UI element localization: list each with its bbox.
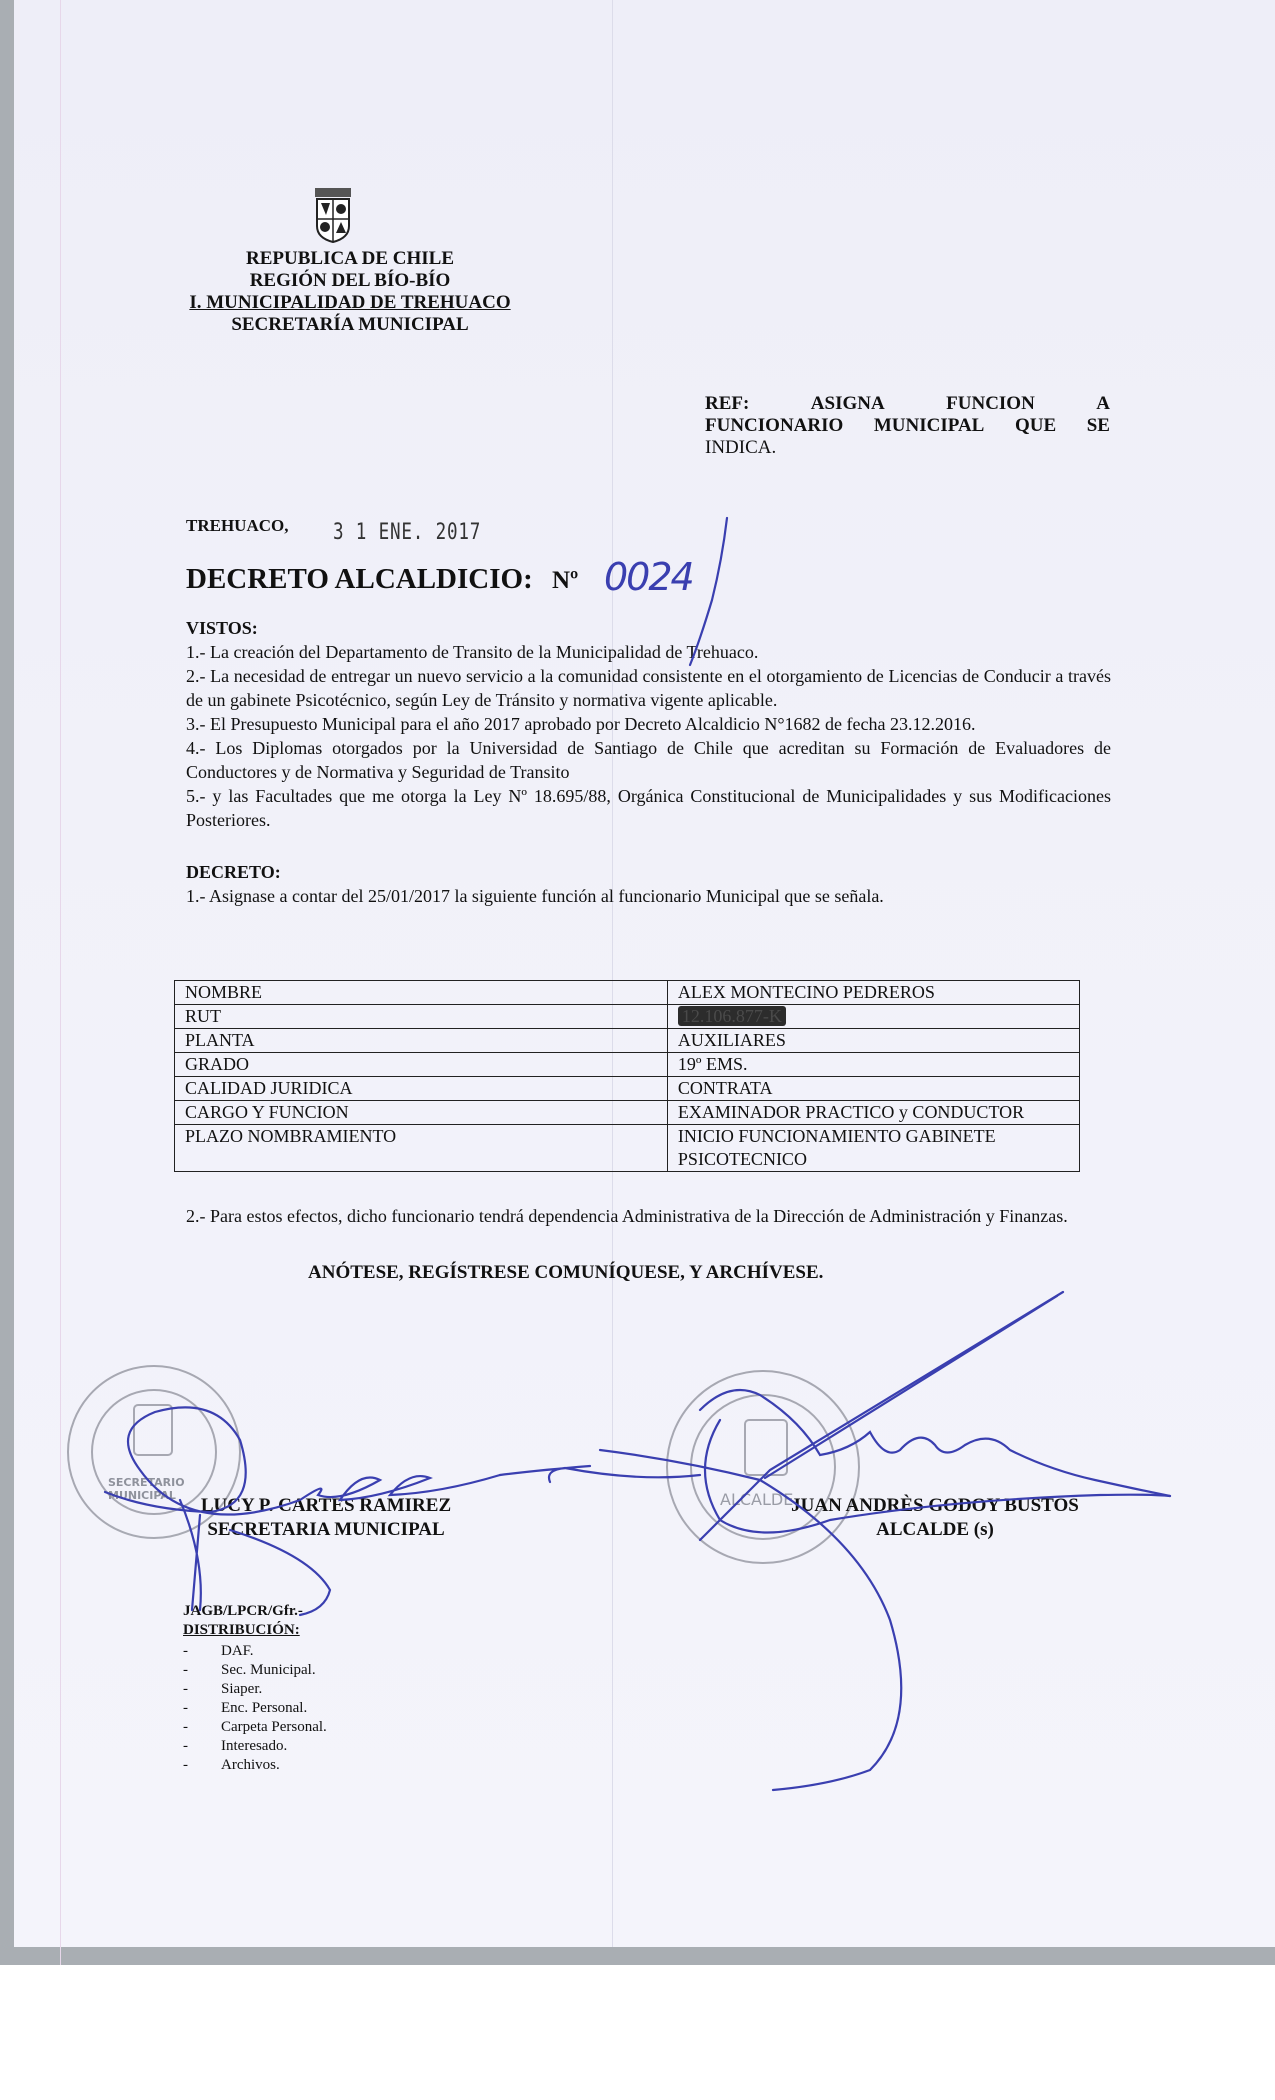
decree-title-text: DECRETO ALCALDICIO: bbox=[186, 563, 533, 595]
list-item-label: Archivos. bbox=[221, 1756, 280, 1775]
list-item-label: Sec. Municipal. bbox=[221, 1661, 316, 1680]
table-row: RUT12.106.877-K bbox=[175, 1005, 1080, 1029]
redacted-rut: 12.106.877-K bbox=[678, 1006, 786, 1026]
scan-edge-line bbox=[60, 0, 61, 1965]
table-key: PLAZO NOMBRAMIENTO bbox=[175, 1125, 668, 1172]
vistos-section: VISTOS: 1.- La creación del Departamento… bbox=[186, 616, 1111, 832]
bullet: - bbox=[183, 1642, 221, 1661]
ref-word: MUNICIPAL bbox=[874, 415, 984, 437]
decree-title: DECRETO ALCALDICIO: Nº bbox=[186, 563, 578, 596]
table-value: AUXILIARES bbox=[667, 1029, 1079, 1053]
distribution-title: DISTRIBUCIÓN: bbox=[183, 1621, 327, 1640]
signer-name: JUAN ANDRÈS GODOY BUSTOS bbox=[775, 1494, 1095, 1518]
vistos-heading: VISTOS: bbox=[186, 616, 1111, 640]
date-stamp: 3 1 ENE. 2017 bbox=[333, 520, 481, 545]
table-key: RUT bbox=[175, 1005, 668, 1029]
vistos-item: 3.- El Presupuesto Municipal para el año… bbox=[186, 712, 1111, 736]
decreto-heading: DECRETO: bbox=[186, 860, 1111, 884]
decreto-section: DECRETO: 1.- Asignase a contar del 25/01… bbox=[186, 860, 1111, 908]
table-value: INICIO FUNCIONAMIENTO GABINETE PSICOTECN… bbox=[667, 1125, 1079, 1172]
signer-name: LUCY P. CARTES RAMIREZ bbox=[186, 1494, 466, 1518]
table-row: PLANTAAUXILIARES bbox=[175, 1029, 1080, 1053]
table-value: 19º EMS. bbox=[667, 1053, 1079, 1077]
table-value: EXAMINADOR PRACTICO y CONDUCTOR bbox=[667, 1101, 1079, 1125]
table-key: CARGO Y FUNCION bbox=[175, 1101, 668, 1125]
bullet: - bbox=[183, 1699, 221, 1718]
ref-word: SE bbox=[1087, 415, 1110, 437]
bullet: - bbox=[183, 1661, 221, 1680]
vistos-item: 4.- Los Diplomas otorgados por la Univer… bbox=[186, 736, 1111, 784]
table-row: CARGO Y FUNCIONEXAMINADOR PRACTICO y CON… bbox=[175, 1101, 1080, 1125]
reference-block: REF: ASIGNA FUNCION A FUNCIONARIO MUNICI… bbox=[705, 393, 1110, 459]
table-key: CALIDAD JURIDICA bbox=[175, 1077, 668, 1101]
decree-number-handwritten: 0024 bbox=[604, 555, 693, 599]
ref-word: ASIGNA bbox=[811, 393, 885, 415]
list-item-label: Siaper. bbox=[221, 1680, 262, 1699]
list-item: -Siaper. bbox=[183, 1680, 327, 1699]
table-key: NOMBRE bbox=[175, 981, 668, 1005]
vistos-item: 1.- La creación del Departamento de Tran… bbox=[186, 640, 1111, 664]
table-row: GRADO19º EMS. bbox=[175, 1053, 1080, 1077]
closing-formula: ANÓTESE, REGÍSTRESE COMUNÍQUESE, Y ARCHÍ… bbox=[308, 1262, 823, 1284]
list-item: -DAF. bbox=[183, 1642, 327, 1661]
ref-word: FUNCIONARIO bbox=[705, 415, 843, 437]
employee-table: NOMBREALEX MONTECINO PEDREROS RUT12.106.… bbox=[174, 980, 1080, 1172]
place-label: TREHUACO, bbox=[186, 516, 288, 536]
table-value: ALEX MONTECINO PEDREROS bbox=[667, 981, 1079, 1005]
letterhead-region: REGIÓN DEL BÍO-BÍO bbox=[160, 270, 540, 292]
ref-word: QUE bbox=[1015, 415, 1056, 437]
signature-block-secretary: LUCY P. CARTES RAMIREZ SECRETARIA MUNICI… bbox=[186, 1494, 466, 1542]
vistos-item: 5.- y las Facultades que me otorga la Le… bbox=[186, 784, 1111, 832]
list-item: -Enc. Personal. bbox=[183, 1699, 327, 1718]
decree-number-label: Nº bbox=[552, 567, 578, 594]
distribution-list: -DAF. -Sec. Municipal. -Siaper. -Enc. Pe… bbox=[183, 1642, 327, 1775]
bullet: - bbox=[183, 1756, 221, 1775]
left-stamp-text: SECRETARIO MUNICIPAL bbox=[108, 1476, 168, 1502]
signer-role: ALCALDE (s) bbox=[775, 1518, 1095, 1542]
letterhead: REPUBLICA DE CHILE REGIÓN DEL BÍO-BÍO I.… bbox=[160, 248, 540, 336]
municipal-coat-of-arms-icon bbox=[311, 186, 355, 244]
bullet: - bbox=[183, 1680, 221, 1699]
list-item-label: Carpeta Personal. bbox=[221, 1718, 327, 1737]
table-key: PLANTA bbox=[175, 1029, 668, 1053]
decreto-item: 1.- Asignase a contar del 25/01/2017 la … bbox=[186, 884, 1111, 908]
ref-word: INDICA. bbox=[705, 437, 1110, 459]
table-row: NOMBREALEX MONTECINO PEDREROS bbox=[175, 981, 1080, 1005]
bullet: - bbox=[183, 1718, 221, 1737]
table-row: CALIDAD JURIDICACONTRATA bbox=[175, 1077, 1080, 1101]
bullet: - bbox=[183, 1737, 221, 1756]
ref-word: FUNCION bbox=[946, 393, 1035, 415]
paper-fold-line bbox=[612, 0, 613, 1947]
table-key: GRADO bbox=[175, 1053, 668, 1077]
signature-block-mayor: JUAN ANDRÈS GODOY BUSTOS ALCALDE (s) bbox=[775, 1494, 1095, 1542]
list-item: -Interesado. bbox=[183, 1737, 327, 1756]
table-value: CONTRATA bbox=[667, 1077, 1079, 1101]
initials-reference: JAGB/LPCR/Gfr.- bbox=[183, 1602, 327, 1621]
vistos-item: 2.- La necesidad de entregar un nuevo se… bbox=[186, 664, 1111, 712]
table-value: 12.106.877-K bbox=[667, 1005, 1079, 1029]
letterhead-department: SECRETARÍA MUNICIPAL bbox=[160, 314, 540, 336]
decreto-item-2: 2.- Para estos efectos, dicho funcionari… bbox=[186, 1204, 1111, 1228]
list-item: -Carpeta Personal. bbox=[183, 1718, 327, 1737]
list-item-label: Enc. Personal. bbox=[221, 1699, 307, 1718]
list-item: -Sec. Municipal. bbox=[183, 1661, 327, 1680]
list-item-label: DAF. bbox=[221, 1642, 254, 1661]
distribution-block: JAGB/LPCR/Gfr.- DISTRIBUCIÓN: -DAF. -Sec… bbox=[183, 1602, 327, 1775]
letterhead-country: REPUBLICA DE CHILE bbox=[160, 248, 540, 270]
table-row: PLAZO NOMBRAMIENTOINICIO FUNCIONAMIENTO … bbox=[175, 1125, 1080, 1172]
signer-role: SECRETARIA MUNICIPAL bbox=[186, 1518, 466, 1542]
ref-word: A bbox=[1096, 393, 1110, 415]
ref-label: REF: bbox=[705, 393, 749, 415]
list-item-label: Interesado. bbox=[221, 1737, 287, 1756]
list-item: -Archivos. bbox=[183, 1756, 327, 1775]
letterhead-municipality: I. MUNICIPALIDAD DE TREHUACO bbox=[160, 292, 540, 314]
